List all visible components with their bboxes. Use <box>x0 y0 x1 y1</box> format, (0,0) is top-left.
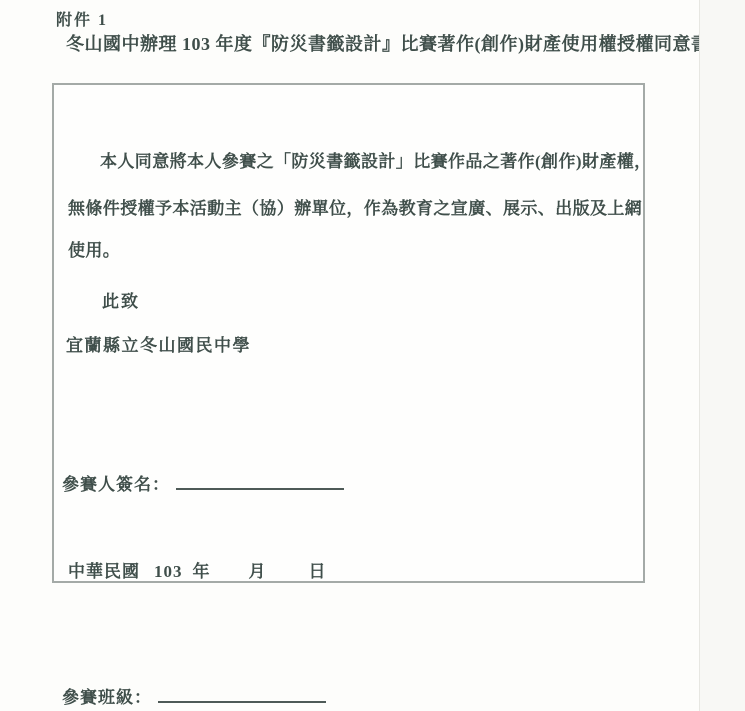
signature-row: 參賽人簽名： <box>62 470 344 495</box>
class-blank-line <box>158 689 326 703</box>
date-month-unit: 月 <box>249 562 267 581</box>
attachment-label: 附件 1 <box>56 7 108 30</box>
date-year-value: 103 <box>154 562 183 581</box>
consent-paragraph-line-3: 使用。 <box>68 239 120 263</box>
consent-paragraph-line-1: 本人同意將本人參賽之「防災書籤設計」比賽作品之著作(創作)財產權， <box>68 150 652 174</box>
consent-paragraph-line-2: 無條件授權予本活動主（協）辦單位，作為教育之宣廣、展示、出版及上網 <box>68 197 642 221</box>
salutation-text: 此致 <box>102 287 140 312</box>
class-label: 參賽班級： <box>62 688 152 707</box>
date-era-label: 中華民國 <box>68 562 140 581</box>
signature-label: 參賽人簽名： <box>62 475 170 494</box>
scan-edge-artifact <box>699 0 700 711</box>
scan-right-strip <box>700 0 745 711</box>
date-day-unit: 日 <box>309 562 327 581</box>
document-title: 冬山國中辦理 103 年度『防災書籤設計』比賽著作(創作)財產使用權授權同意書 <box>66 30 710 56</box>
class-row: 參賽班級： <box>62 683 326 708</box>
date-year-unit: 年 <box>193 562 211 581</box>
document-page: 附件 1 冬山國中辦理 103 年度『防災書籤設計』比賽著作(創作)財產使用權授… <box>0 0 745 711</box>
consent-box: 本人同意將本人參賽之「防災書籤設計」比賽作品之著作(創作)財產權， 無條件授權予… <box>52 83 645 583</box>
addressee-school-name: 宜蘭縣立冬山國民中學 <box>66 331 251 356</box>
signature-blank-line <box>176 476 344 490</box>
date-row: 中華民國103年月日 <box>68 557 327 582</box>
